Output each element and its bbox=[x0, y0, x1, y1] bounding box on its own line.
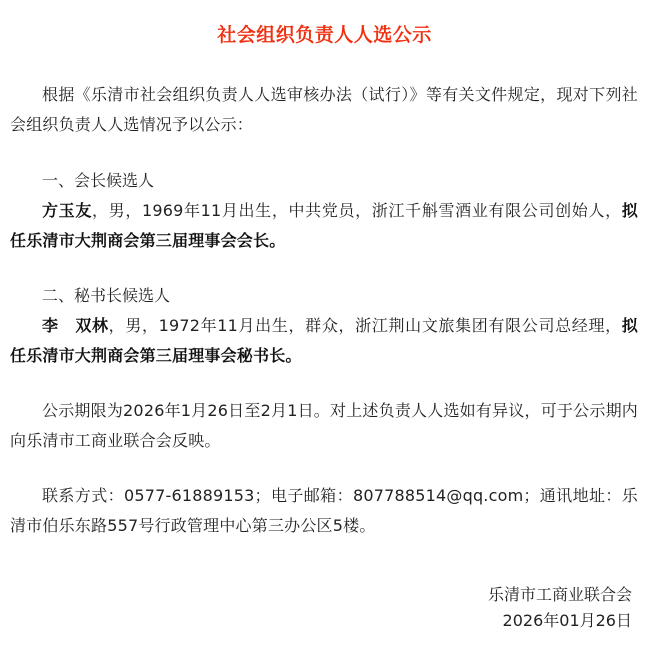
section-heading-secretary: 二、秘书长候选人 bbox=[42, 281, 170, 311]
intro-paragraph: 根据《乐清市社会组织负责人人选审核办法（试行）》等有关文件规定，现对下列社会组织… bbox=[10, 80, 638, 140]
candidate-name: 方玉友 bbox=[42, 201, 92, 220]
section-heading-chairman: 一、会长候选人 bbox=[42, 166, 154, 196]
notice-period-paragraph: 公示期限为2026年1月26日至2月1日。对上述负责人人选如有异议，可于公示期内… bbox=[10, 396, 638, 456]
contact-paragraph: 联系方式：0577-61889153；电子邮箱：807788514@qq.com… bbox=[10, 481, 638, 541]
candidate-name: 李 双林 bbox=[42, 316, 109, 335]
page-title: 社会组织负责人人选公示 bbox=[0, 20, 649, 50]
secretary-candidate-paragraph: 李 双林，男，1972年11月出生，群众，浙江荆山文旅集团有限公司总经理，拟任乐… bbox=[10, 311, 638, 371]
candidate-details: ，男，1969年11月出生，中共党员，浙江千斛雪酒业有限公司创始人， bbox=[92, 201, 622, 220]
chairman-candidate-paragraph: 方玉友，男，1969年11月出生，中共党员，浙江千斛雪酒业有限公司创始人，拟任乐… bbox=[10, 196, 638, 256]
candidate-details: ，男，1972年11月出生，群众，浙江荆山文旅集团有限公司总经理， bbox=[109, 316, 622, 335]
signature-date: 2026年01月26日 bbox=[503, 606, 632, 636]
